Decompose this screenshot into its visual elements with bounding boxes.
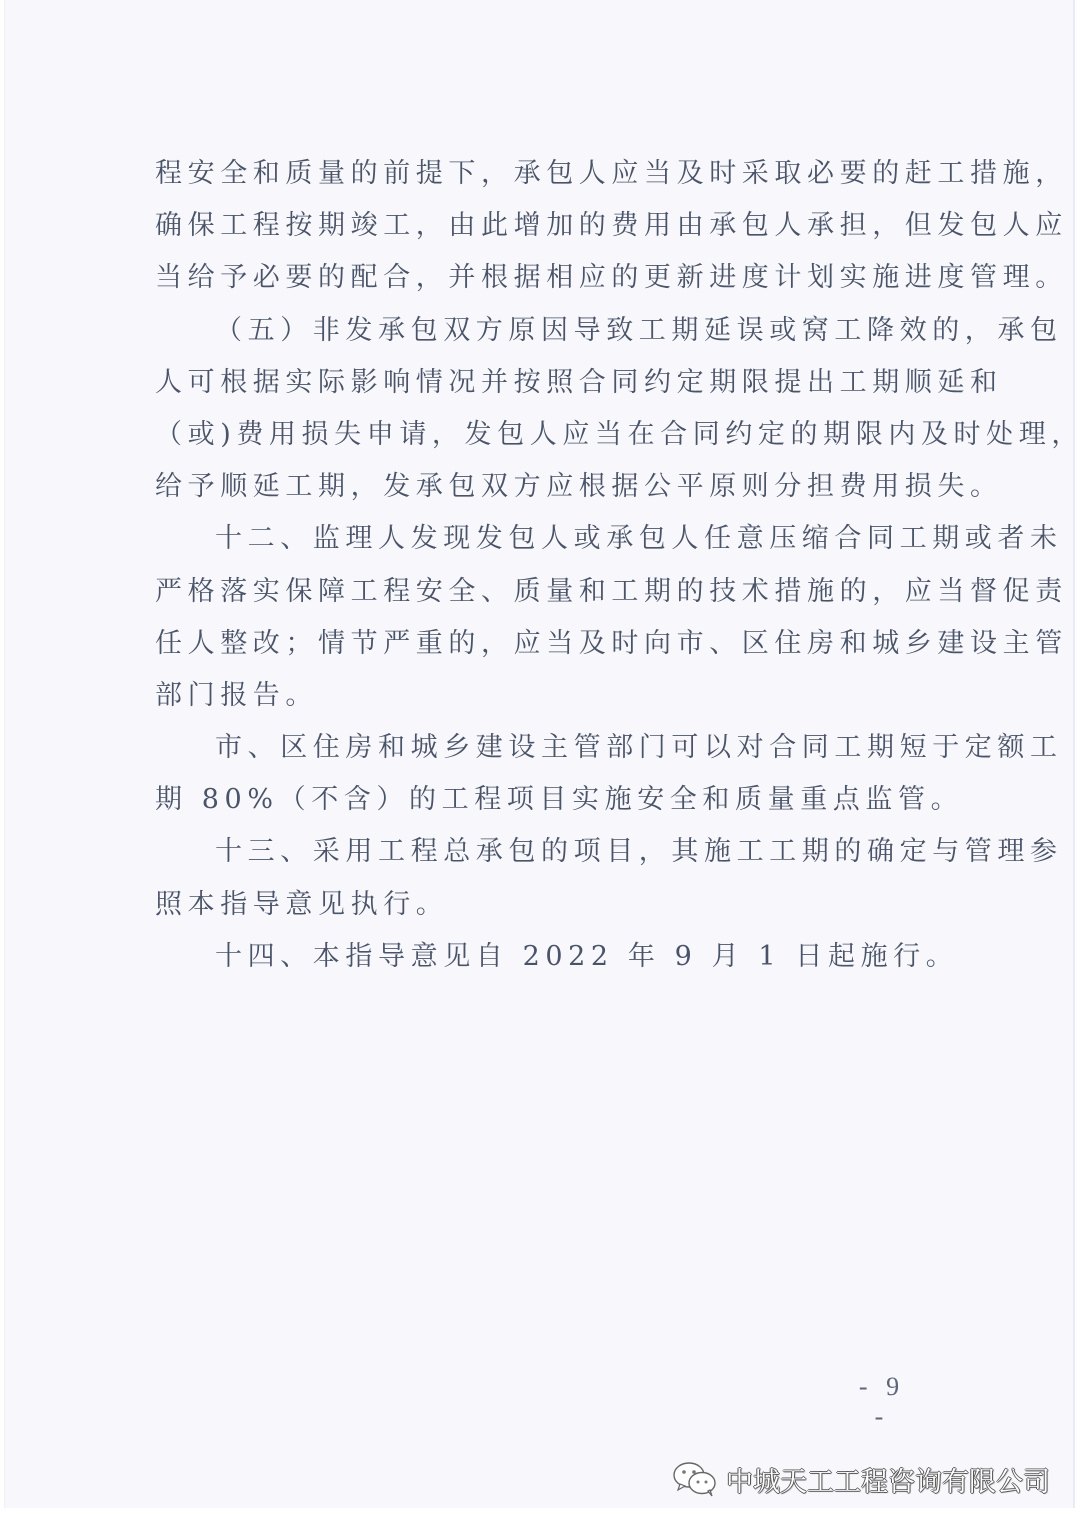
paragraph-section-13: 十三、采用工程总承包的项目，其施工工期的确定与管理参 照本指导意见执行。 <box>155 826 951 930</box>
text-line: 十二、监理人发现发包人或承包人任意压缩合同工期或者未 <box>155 513 951 565</box>
paragraph-section-12: 十二、监理人发现发包人或承包人任意压缩合同工期或者未 严格落实保障工程安全、质量… <box>155 513 951 722</box>
watermark: 中城天工工程咨询有限公司 <box>672 1454 1050 1504</box>
text-line: 程安全和质量的前提下，承包人应当及时采取必要的赶工措施， <box>155 148 951 200</box>
text-line: 照本指导意见执行。 <box>155 879 951 931</box>
text-line: 期 80%（不含）的工程项目实施安全和质量重点监管。 <box>155 774 951 826</box>
document-body: 程安全和质量的前提下，承包人应当及时采取必要的赶工措施， 确保工程按期竣工，由此… <box>155 148 951 983</box>
text-line: （五）非发承包双方原因导致工期延误或窝工降效的，承包 <box>155 305 951 357</box>
text-line: （或)费用损失申请，发包人应当在合同约定的期限内及时处理， <box>155 409 951 461</box>
text-line: 市、区住房和城乡建设主管部门可以对合同工期短于定额工 <box>155 722 951 774</box>
text-line: 确保工程按期竣工，由此增加的费用由承包人承担，但发包人应 <box>155 200 951 252</box>
page-number: - 9 - <box>847 1372 917 1432</box>
paragraph-section-14: 十四、本指导意见自 2022 年 9 月 1 日起施行。 <box>155 931 951 983</box>
text-line: 给予顺延工期，发承包双方应根据公平原则分担费用损失。 <box>155 461 951 513</box>
text-line: 严格落实保障工程安全、质量和工期的技术措施的，应当督促责 <box>155 566 951 618</box>
wechat-icon <box>672 1460 718 1498</box>
text-line: 当给予必要的配合，并根据相应的更新进度计划实施进度管理。 <box>155 252 951 304</box>
text-line: 人可根据实际影响情况并按照合同约定期限提出工期顺延和 <box>155 357 951 409</box>
text-line: 十三、采用工程总承包的项目，其施工工期的确定与管理参 <box>155 826 951 878</box>
paragraph-item-5: （五）非发承包双方原因导致工期延误或窝工降效的，承包 人可根据实际影响情况并按照… <box>155 305 951 514</box>
text-line: 十四、本指导意见自 2022 年 9 月 1 日起施行。 <box>155 931 951 983</box>
text-line: 任人整改；情节严重的，应当及时向市、区住房和城乡建设主管 <box>155 618 951 670</box>
text-line: 部门报告。 <box>155 670 951 722</box>
document-page: 程安全和质量的前提下，承包人应当及时采取必要的赶工措施， 确保工程按期竣工，由此… <box>4 0 1075 1508</box>
watermark-text: 中城天工工程咨询有限公司 <box>726 1460 1050 1499</box>
paragraph-supervision: 市、区住房和城乡建设主管部门可以对合同工期短于定额工 期 80%（不含）的工程项… <box>155 722 951 826</box>
paragraph-continuation: 程安全和质量的前提下，承包人应当及时采取必要的赶工措施， 确保工程按期竣工，由此… <box>155 148 951 305</box>
